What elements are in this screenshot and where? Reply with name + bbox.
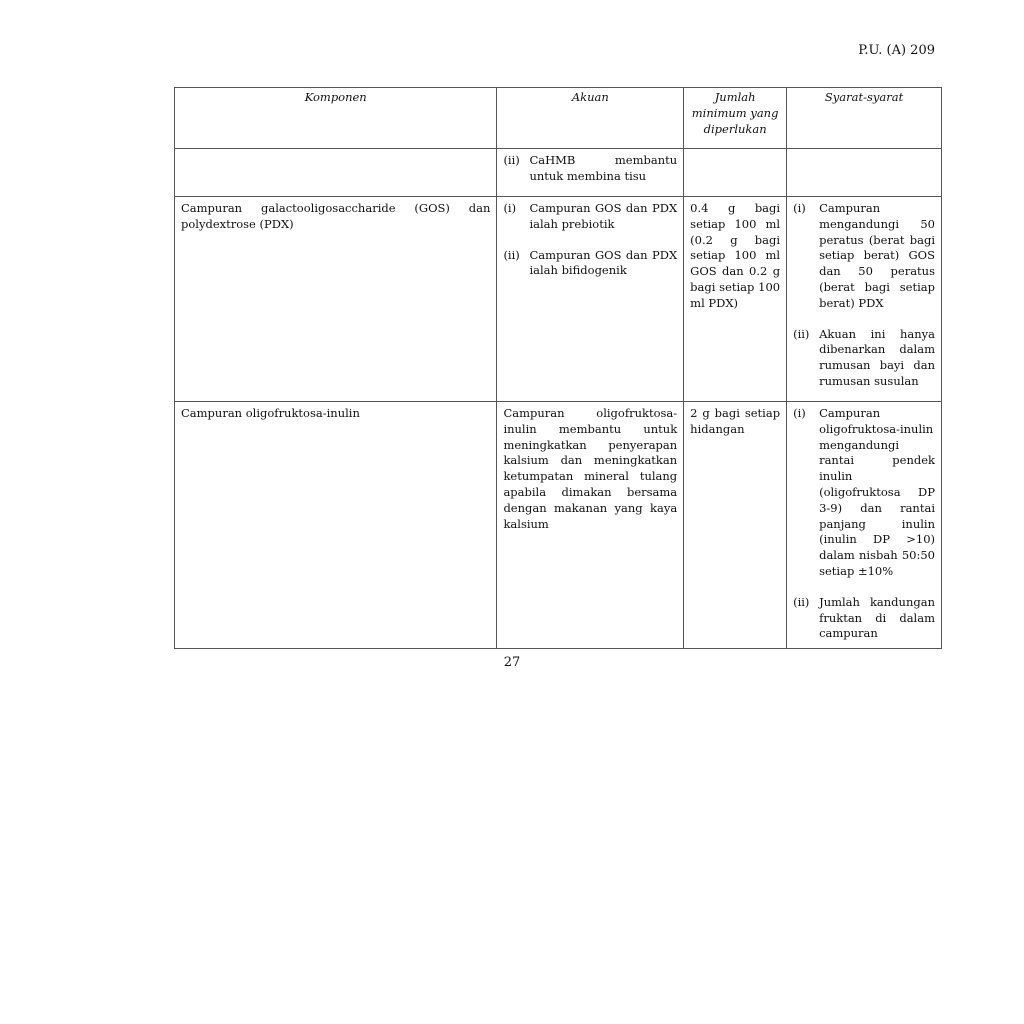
- list-item: (ii) CaHMB membantu untuk membina tisu: [503, 153, 677, 185]
- list-item: (ii) Campuran GOS dan PDX ialah bifidoge…: [503, 248, 677, 280]
- document-reference: P.U. (A) 209: [858, 43, 935, 58]
- cell-jumlah: 2 g bagi setiap hidangan: [684, 402, 787, 649]
- item-text: Campuran mengandungi 50 peratus (berat b…: [819, 201, 935, 312]
- item-number: (i): [793, 201, 819, 312]
- list-item: (ii) Akuan ini hanya dibenarkan dalam ru…: [793, 327, 935, 390]
- header-komponen: Komponen: [175, 88, 497, 149]
- cell-komponen: [175, 149, 497, 197]
- item-number: (i): [503, 201, 529, 233]
- header-akuan: Akuan: [497, 88, 684, 149]
- cell-jumlah: [684, 149, 787, 197]
- item-number: (ii): [793, 595, 819, 642]
- list-item: (ii) Jumlah kandungan fruktan di dalam c…: [793, 595, 935, 642]
- item-number: (ii): [503, 248, 529, 280]
- list-item: (i) Campuran oligofruktosa-inulin mengan…: [793, 406, 935, 580]
- item-number: (i): [793, 406, 819, 580]
- item-number: (ii): [793, 327, 819, 390]
- item-text: Campuran GOS dan PDX ialah prebiotik: [529, 201, 677, 233]
- item-number: (ii): [503, 153, 529, 185]
- cell-komponen: Campuran oligofruktosa-inulin: [175, 402, 497, 649]
- item-text: CaHMB membantu untuk membina tisu: [529, 153, 677, 185]
- cell-syarat: (i) Campuran mengandungi 50 peratus (ber…: [787, 197, 942, 402]
- item-text: Akuan ini hanya dibenarkan dalam rumusan…: [819, 327, 935, 390]
- claims-table: Komponen Akuan Jumlah minimum yang diper…: [174, 87, 942, 649]
- header-jumlah: Jumlah minimum yang diperlukan: [684, 88, 787, 149]
- table-row: Campuran oligofruktosa-inulin Campuran o…: [175, 402, 942, 649]
- header-syarat: Syarat-syarat: [787, 88, 942, 149]
- item-text: Campuran oligofruktosa-inulin mengandung…: [819, 406, 935, 580]
- cell-komponen: Campuran galactooligosaccharide (GOS) da…: [175, 197, 497, 402]
- item-text: Campuran GOS dan PDX ialah bifidogenik: [529, 248, 677, 280]
- list-item: (i) Campuran GOS dan PDX ialah prebiotik: [503, 201, 677, 233]
- cell-akuan: Campuran oligofruktosa-inulin membantu u…: [497, 402, 684, 649]
- cell-syarat: (i) Campuran oligofruktosa-inulin mengan…: [787, 402, 942, 649]
- table-row: Campuran galactooligosaccharide (GOS) da…: [175, 197, 942, 402]
- cell-syarat: [787, 149, 942, 197]
- cell-akuan: (ii) CaHMB membantu untuk membina tisu: [497, 149, 684, 197]
- cell-akuan: (i) Campuran GOS dan PDX ialah prebiotik…: [497, 197, 684, 402]
- page-number: 27: [0, 655, 1024, 670]
- table-header-row: Komponen Akuan Jumlah minimum yang diper…: [175, 88, 942, 149]
- table-row: (ii) CaHMB membantu untuk membina tisu: [175, 149, 942, 197]
- item-text: Jumlah kandungan fruktan di dalam campur…: [819, 595, 935, 642]
- cell-jumlah: 0.4 g bagi setiap 100 ml (0.2 g bagi set…: [684, 197, 787, 402]
- list-item: (i) Campuran mengandungi 50 peratus (ber…: [793, 201, 935, 312]
